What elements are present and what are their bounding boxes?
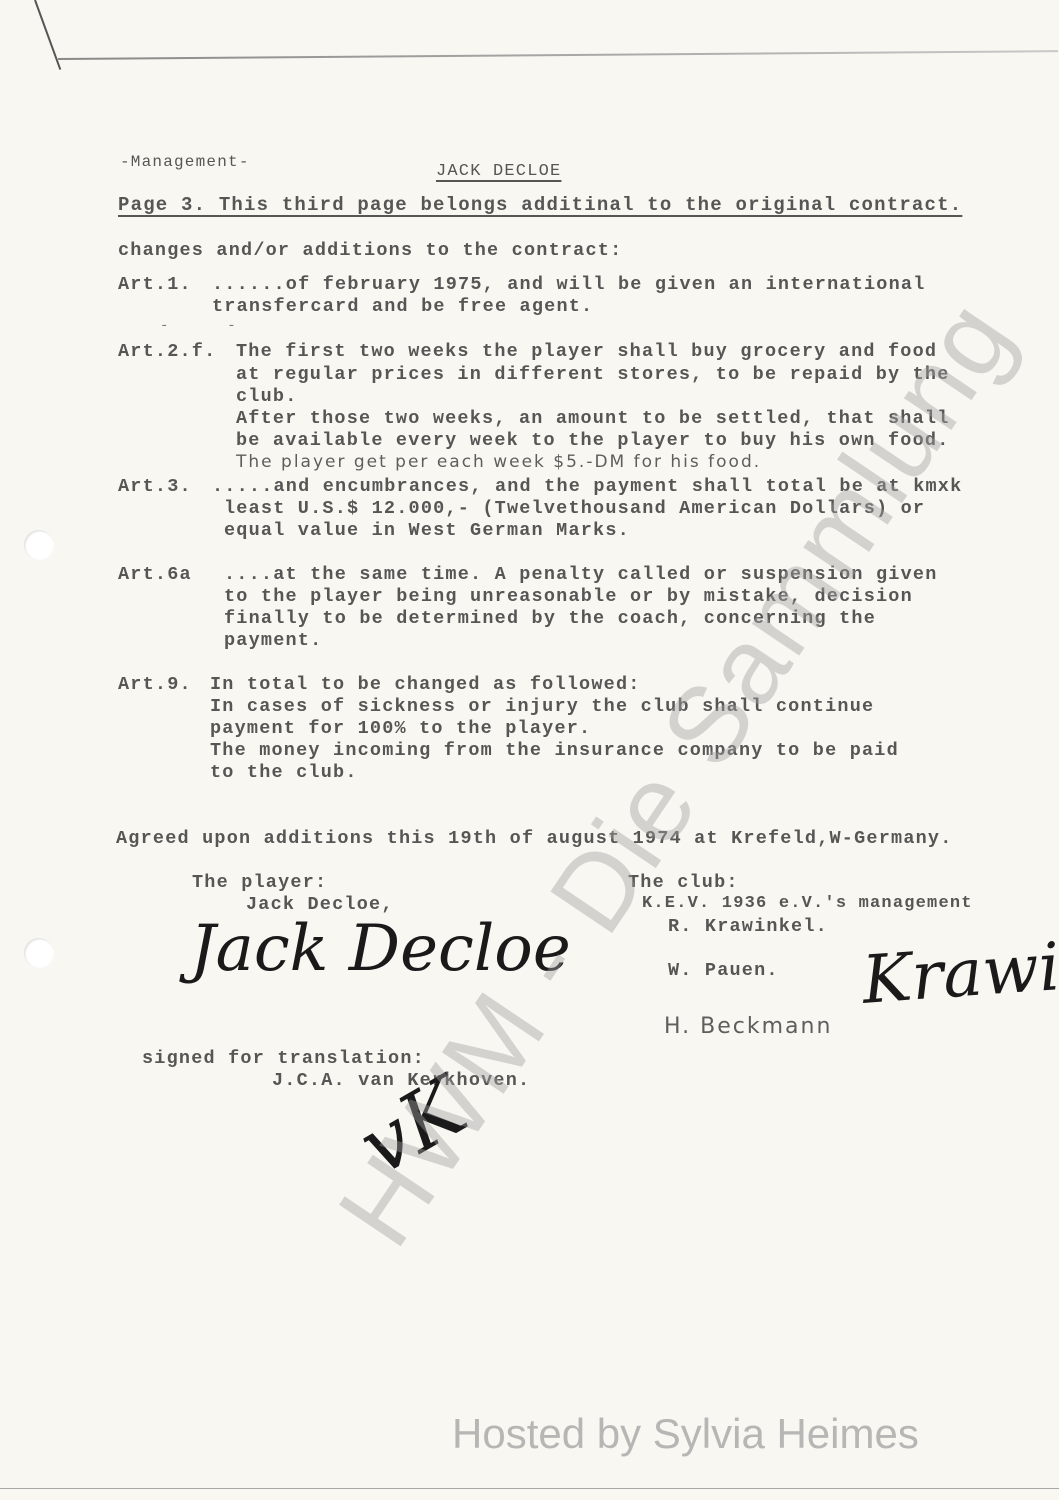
document-title: JACK DECLOE <box>436 162 561 181</box>
paper-bottom-edge <box>0 1488 1059 1489</box>
article-line: In total to be changed as followed: <box>210 674 641 695</box>
agreement-line: Agreed upon additions this 19th of augus… <box>116 828 953 849</box>
handwritten-note: The player get per each week $5.-DM for … <box>236 452 761 472</box>
article-label: Art.2.f. <box>118 341 216 362</box>
article-line: at regular prices in different stores, t… <box>236 364 950 385</box>
article-line: The first two weeks the player shall buy… <box>236 341 937 362</box>
club-org: K.E.V. 1936 e.V.'s management <box>642 894 973 913</box>
article-line: equal value in West German Marks. <box>224 520 630 541</box>
translation-label: signed for translation: <box>142 1048 425 1069</box>
article-line: payment for 100% to the player. <box>210 718 591 739</box>
club-person: R. Krawinkel. <box>668 916 828 937</box>
hosted-by-watermark: Hosted by Sylvia Heimes <box>452 1410 919 1458</box>
article-line: club. <box>236 386 298 407</box>
article-line: transfercard and be free agent. <box>212 296 593 317</box>
article-line: payment. <box>224 630 322 651</box>
player-label: The player: <box>192 872 327 893</box>
club-person: W. Pauen. <box>668 960 779 981</box>
article-line: The money incoming from the insurance co… <box>210 740 899 761</box>
article-label: Art.6a <box>118 564 192 585</box>
article-label: Art.1. <box>118 274 192 295</box>
club-person-handwritten: H. Beckmann <box>664 1014 832 1039</box>
page-note: Page 3. This third page belongs additina… <box>118 194 962 216</box>
management-label: -Management- <box>120 153 250 171</box>
article-line: ......of february 1975, and will be give… <box>212 274 926 295</box>
article-line: to the club. <box>210 762 358 783</box>
article-label: Art.3. <box>118 476 192 497</box>
punch-hole-top <box>24 530 54 560</box>
article-label: Art.9. <box>118 674 192 695</box>
intro-line: changes and/or additions to the contract… <box>118 240 622 261</box>
punch-hole-bottom <box>24 938 54 968</box>
typed-mark: - - <box>160 318 236 334</box>
